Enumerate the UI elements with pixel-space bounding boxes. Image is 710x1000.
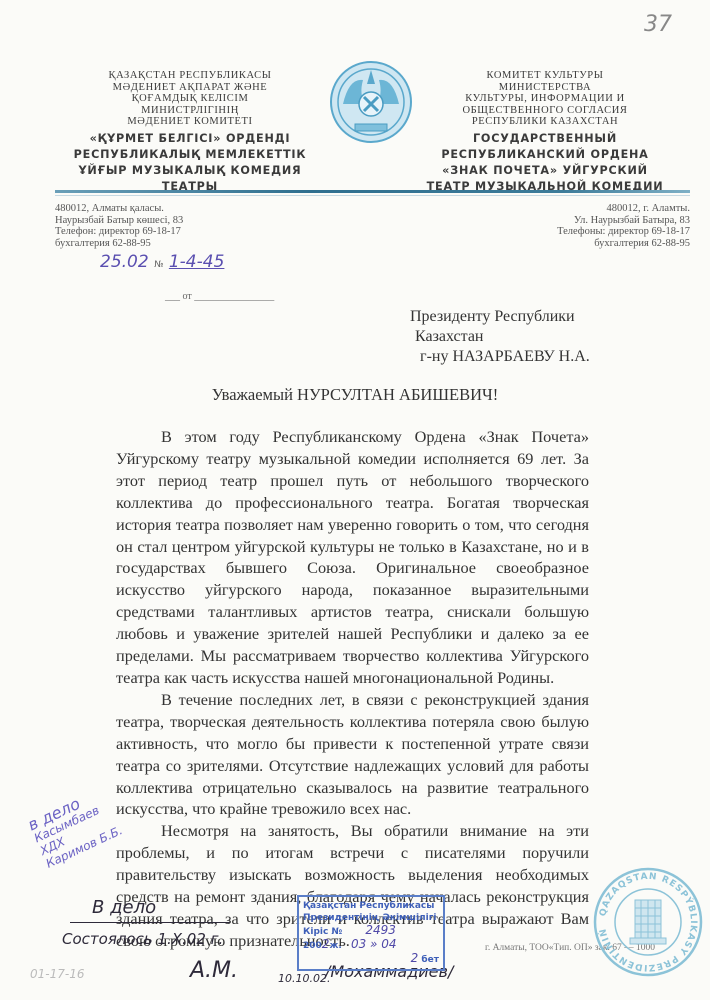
ministry-line: КОМИТЕТ КУЛЬТУРЫ	[410, 70, 680, 82]
resolution-in-file: В дело	[92, 897, 156, 918]
ministry-ru: КОМИТЕТ КУЛЬТУРЫ МИНИСТЕРСТВА КУЛЬТУРЫ, …	[410, 70, 680, 128]
registration-number: 1-4-45	[169, 252, 225, 272]
ministry-kz: ҚАЗАҚСТАН РЕСПУБЛИКАСЫ МӘДЕНИЕТ АҚПАРАТ …	[55, 70, 325, 128]
faded-number: 01-17-16	[30, 967, 84, 981]
pages-label: бет	[421, 955, 439, 965]
letterhead-left: ҚАЗАҚСТАН РЕСПУБЛИКАСЫ МӘДЕНИЕТ АҚПАРАТ …	[55, 70, 325, 195]
ministry-line: ҚОҒАМДЫҚ КЕЛІСІМ	[55, 93, 325, 105]
letter-body: В этом году Республиканскому Ордена «Зна…	[116, 426, 589, 952]
address-line: бухгалтерия 62-88-95	[470, 238, 690, 250]
stamp-incoming-number: Кіріс № 2493	[303, 924, 439, 938]
stamp-date-value: 03 » 04	[351, 937, 397, 951]
org-line: «ҚҰРМЕТ БЕЛГІСІ» ОРДЕНДІ	[55, 131, 325, 147]
stamp-date: 2002ж. 03 » 04	[303, 938, 439, 952]
pages-count: 2	[411, 951, 419, 965]
address-line: Телефон: директор 69-18-17	[55, 226, 183, 238]
org-name-ru: ГОСУДАРСТВЕННЫЙ РЕСПУБЛИКАНСКИЙ ОРДЕНА «…	[410, 131, 680, 195]
from-date-line: ___ от ________________	[165, 291, 274, 302]
outgoing-registration: 25.02 № 1-4-45	[100, 252, 224, 272]
ministry-line: ҚАЗАҚСТАН РЕСПУБЛИКАСЫ	[55, 70, 325, 82]
ministry-line: ОБЩЕСТВЕННОГО СОГЛАСИЯ	[410, 105, 680, 117]
address-ru: 480012, г. Аламты. Ул. Наурызбай Батыра,…	[470, 203, 690, 249]
state-emblem-icon	[329, 60, 413, 144]
incoming-stamp: Қазақстан Республикасы Президентінің Әкі…	[297, 895, 445, 971]
from-label: от	[183, 291, 192, 302]
recipient-block: Президенту Республики Казахстан г-ну НАЗ…	[410, 307, 590, 367]
kiris-number: 2493	[365, 923, 396, 937]
letterhead-divider	[55, 190, 690, 193]
address-kz: 480012, Алматы қаласы. Наурызбай Батыр к…	[55, 203, 183, 249]
letterhead-divider-thin	[55, 195, 690, 196]
body-paragraph: В течение последних лет, в связи с рекон…	[116, 689, 589, 820]
ministry-line: МИНИСТЕРСТВА	[410, 82, 680, 94]
address-line: бухгалтерия 62-88-95	[55, 238, 183, 250]
org-line: ГОСУДАРСТВЕННЫЙ	[410, 131, 680, 147]
ministry-line: МӘДЕНИЕТ КОМИТЕТІ	[55, 116, 325, 128]
org-line: «ЗНАК ПОЧЕТА» УЙГУРСКИЙ	[410, 163, 680, 179]
address-line: 480012, г. Аламты.	[470, 203, 690, 215]
resolution-completed: Состоялось 1.Х.02 г.	[62, 930, 223, 948]
registration-date: 25.02	[100, 252, 149, 272]
ministry-line: МӘДЕНИЕТ АҚПАРАТ ЖӘНЕ	[55, 82, 325, 94]
signature-date: 10.10.02.	[278, 972, 330, 985]
address-line: Телефоны: директор 69-18-17	[470, 226, 690, 238]
signature: А.М.	[190, 958, 238, 983]
stamp-pages: 2 бет	[303, 952, 439, 966]
year-label: ж.	[329, 941, 341, 951]
salutation: Уважаемый НУРСУЛТАН АБИШЕВИЧ!	[0, 385, 710, 405]
body-paragraph: В этом году Республиканскому Ордена «Зна…	[116, 426, 589, 689]
year-prefix: 200	[303, 941, 322, 951]
stamp-line: Қазақстан Республикасы	[303, 900, 439, 912]
org-name-kz: «ҚҰРМЕТ БЕЛГІСІ» ОРДЕНДІ РЕСПУБЛИКАЛЫҚ М…	[55, 131, 325, 195]
letterhead-right: КОМИТЕТ КУЛЬТУРЫ МИНИСТЕРСТВА КУЛЬТУРЫ, …	[410, 70, 680, 195]
ministry-line: КУЛЬТУРЫ, ИНФОРМАЦИИ И	[410, 93, 680, 105]
resolution-underline	[70, 922, 230, 923]
recipient-line: Президенту Республики	[410, 307, 590, 327]
address-line: Наурызбай Батыр көшесі, 83	[55, 215, 183, 227]
ministry-line: РЕСПУБЛИКИ КАЗАХСТАН	[410, 116, 680, 128]
kiris-label: Кіріс №	[303, 927, 342, 937]
number-label: №	[154, 260, 163, 270]
org-line: РЕСПУБЛИКАНСКИЙ ОРДЕНА	[410, 147, 680, 163]
address-line: Ул. Наурызбай Батыра, 83	[470, 215, 690, 227]
org-line: ҰЙҒЫР МУЗЫКАЛЫҚ КОМЕДИЯ	[55, 163, 325, 179]
ministry-line: МИНИСТРЛІГІНІҢ	[55, 105, 325, 117]
page-number: 37	[644, 12, 672, 37]
org-line: РЕСПУБЛИКАЛЫҚ МЕМЛЕКЕТТІК	[55, 147, 325, 163]
recipient-line: Казахстан	[410, 327, 590, 347]
recipient-line: г-ну НАЗАРБАЕВУ Н.А.	[410, 347, 590, 367]
archive-stamp-icon: QAZAQSTAN RESPÝBLIKASY PREZIDENTINIŃ ARH…	[592, 866, 704, 978]
address-line: 480012, Алматы қаласы.	[55, 203, 183, 215]
